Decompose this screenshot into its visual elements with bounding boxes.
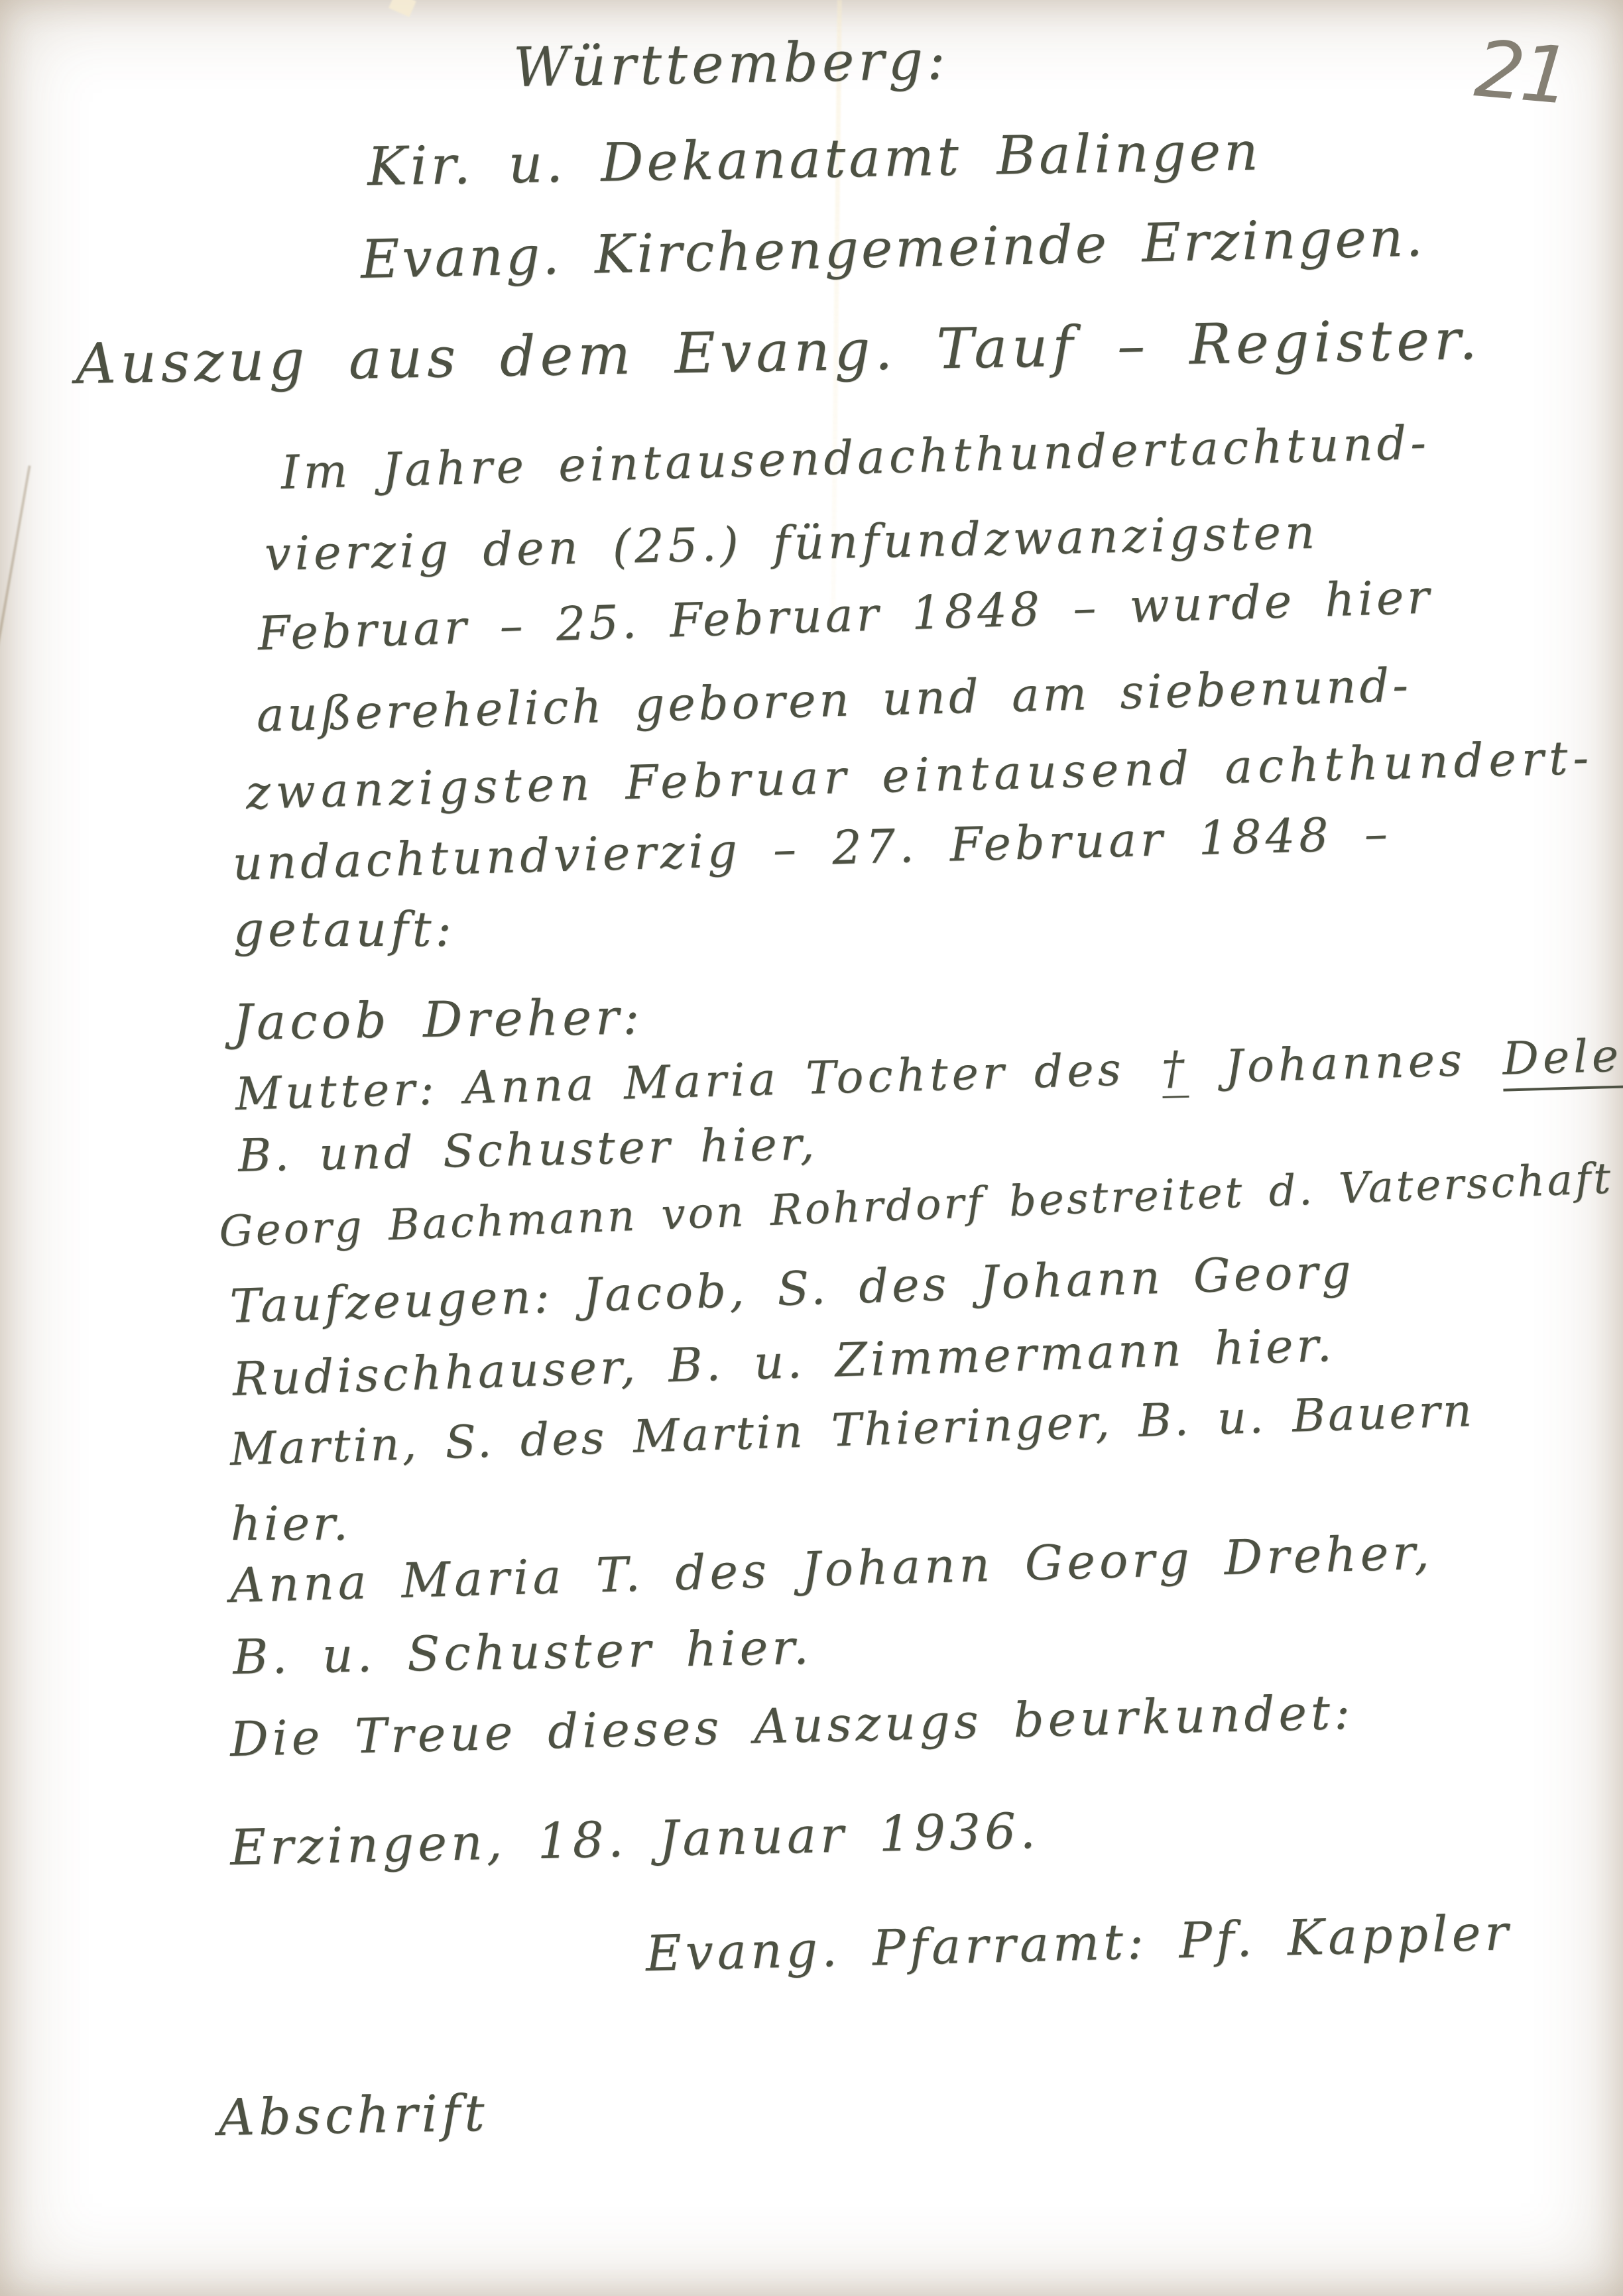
pencil-archive-number: 21 (1471, 23, 1571, 122)
header-parish: Evang. Kirchengemeinde Erzingen. (360, 206, 1426, 290)
body-line-4: außerehelich geboren und am siebenund- (256, 658, 1412, 742)
place-date-line: Erzingen, 18. Januar 1936. (229, 1802, 1040, 1876)
witness-line-5: Anna Maria T. des Johann Georg Dreher, (229, 1524, 1434, 1613)
body-line-1: Im Jahre eintausendachthundertachtund- (280, 416, 1431, 500)
document-title: Auszug aus dem Evang. Tauf – Register. (75, 307, 1482, 396)
witness-line-4: hier. (231, 1497, 351, 1551)
deceased-cross-icon: † (1161, 1042, 1189, 1098)
paper-tear-top (389, 0, 416, 17)
paper-crease-left (0, 465, 31, 681)
body-line-5: zwanzigsten Februar eintausend achthunde… (245, 730, 1594, 820)
witness-line-6: B. u. Schuster hier. (233, 1619, 813, 1685)
witness-line-1: Taufzeugen: Jacob, S. des Johann Georg (229, 1244, 1354, 1334)
body-line-3: Februar – 25. Februar 1848 – wurde hier (257, 569, 1433, 661)
child-name: Jacob Dreher: (233, 988, 644, 1051)
header-office: Kir. u. Dekanatamt Balingen (367, 120, 1262, 198)
copy-note: Abschrift (217, 2083, 489, 2147)
mother-line-cont: B. und Schuster hier, (237, 1118, 818, 1182)
mother-line-mid: Johannes (1224, 1034, 1466, 1093)
document-page: Württemberg: Kir. u. Dekanatamt Balingen… (0, 0, 1623, 2296)
witness-line-2: Rudischhauser, B. u. Zimmermann hier. (231, 1318, 1335, 1406)
mother-line-prefix: Mutter: Anna Maria Tochter des (235, 1044, 1126, 1121)
header-region: Württemberg: (512, 29, 949, 99)
attestation-line: Die Treue dieses Auszugs beurkundet: (229, 1684, 1354, 1767)
mother-father-surname: Deler (1502, 1029, 1623, 1092)
signature-line: Evang. Pfarramt: Pf. Kappler (645, 1904, 1513, 1982)
body-line-7: getauft: (233, 901, 455, 957)
body-line-6: undachtundvierzig – 27. Februar 1848 – (232, 806, 1392, 891)
body-line-2: vierzig den (25.) fünfundzwanzigsten (264, 505, 1319, 581)
